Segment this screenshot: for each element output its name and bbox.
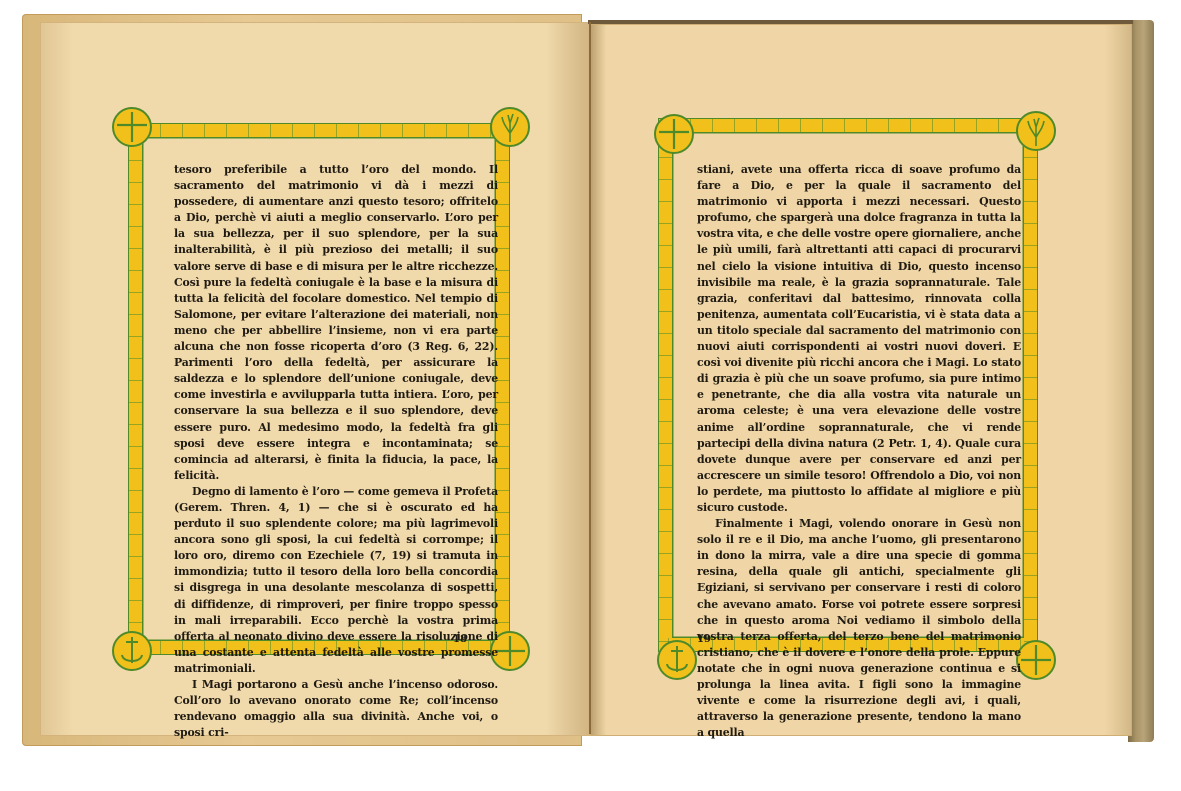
paragraph: I Magi portarono a Gesù anche l’incenso … <box>174 677 498 741</box>
anchor-icon <box>112 631 152 671</box>
lily-icon <box>1016 111 1056 151</box>
cross-icon <box>1016 640 1056 680</box>
open-book: tesoro preferibile a tutto l’oro del mon… <box>0 0 1181 791</box>
right-page-body-text: stiani, avete una offerta ricca di soave… <box>697 162 1021 741</box>
paragraph: tesoro preferibile a tutto l’oro del mon… <box>174 162 498 484</box>
left-page-body-text: tesoro preferibile a tutto l’oro del mon… <box>174 162 498 741</box>
cross-icon <box>112 107 152 147</box>
book-gutter <box>589 22 591 734</box>
page-number-left: 18 <box>453 634 467 645</box>
paragraph: Degno di lamento è l’oro — come gemeva i… <box>174 484 498 677</box>
right-page-top-edge <box>588 20 1133 24</box>
anchor-icon <box>657 640 697 680</box>
page-number-right: 19 <box>697 634 711 645</box>
cross-icon <box>654 114 694 154</box>
paragraph: stiani, avete una offerta ricca di soave… <box>697 162 1021 516</box>
lily-icon <box>490 107 530 147</box>
paragraph: Finalmente i Magi, volendo onorare in Ge… <box>697 516 1021 741</box>
